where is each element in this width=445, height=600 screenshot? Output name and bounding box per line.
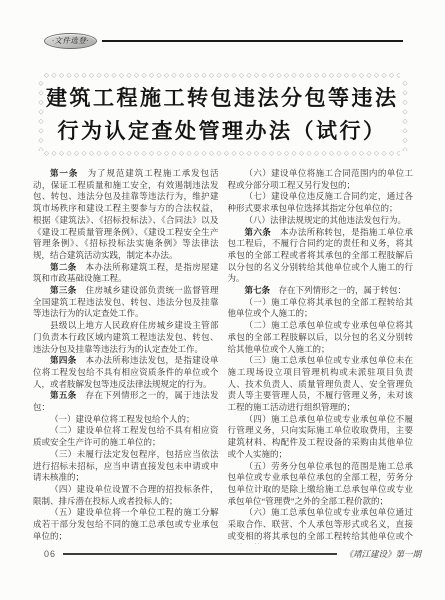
article-number: 第一条 bbox=[50, 168, 88, 178]
paragraph: （八）法律法规规定的其他违法发包行为。 bbox=[228, 215, 414, 227]
paragraph: 第六条 本办法所称转包，是指施工单位承包工程后，不履行合同约定的责任和义务，将其… bbox=[228, 227, 414, 286]
paragraph: （四）施工总承包单位或专业承包单位不履行管理义务，只向实际施工单位收取费用，主要… bbox=[228, 414, 414, 461]
article-number: 第四条 bbox=[50, 355, 86, 365]
page-footer: 06 《靖江建设》第一期 bbox=[44, 548, 421, 560]
article-number: 第三条 bbox=[50, 285, 86, 295]
right-column: （六）建设单位将施工合同范围内的单位工程或分部分项工程又另行发包的；（七）建设单… bbox=[228, 168, 414, 544]
header-rule bbox=[102, 40, 403, 42]
article-number: 第六条 bbox=[245, 227, 281, 237]
paragraph: （五）劳务分包单位承包的范围是施工总承包单位或专业承包单位承包的全部工程，劳务分… bbox=[228, 461, 414, 508]
page-header: ·文件选登· bbox=[44, 33, 403, 49]
paragraph: （一）建设单位将工程发包给个人的； bbox=[33, 414, 219, 426]
paragraph: 第四条 本办法所称违法发包，是指建设单位将工程发包给不具有相应资质条件的单位或个… bbox=[33, 355, 219, 390]
ornament-border-right: ◇◇◇◇◇◇◇◇◇◇◇◇ bbox=[400, 79, 408, 151]
paragraph: 第一条 为了规范建筑工程施工承发包活动，保证工程质量和施工安全，有效遏制违法发包… bbox=[33, 168, 219, 262]
paragraph: （六）施工总承包单位或专业承包单位通过采取合作、联营、个人承包等形式或名义，直接… bbox=[228, 507, 414, 544]
paragraph: （四）建设单位设置不合理的招投标条件，限制、排斥潜在投标人或者投标人的； bbox=[33, 484, 219, 507]
paragraph: （一）施工单位将其承包的全部工程转给其他单位或个人施工的； bbox=[228, 297, 414, 320]
article-body: 第一条 为了规范建筑工程施工承发包活动，保证工程质量和施工安全，有效遏制违法发包… bbox=[33, 168, 413, 544]
paragraph: （七）建设单位违反施工合同约定，通过各种形式要求承包单位选择其指定分包单位的； bbox=[228, 191, 414, 214]
document-title-line1: 建筑工程施工转包违法分包等违法 bbox=[46, 82, 398, 115]
ornament-border-top: ◇◇◇◇◇◇◇◇◇◇◇◇◇◇◇◇◇◇◇◇◇◇◇◇◇◇◇◇◇◇◇◇◇◇◇◇◇◇◇◇… bbox=[44, 72, 400, 80]
paragraph: （五）建设单位将一个单位工程的施工分解成若干部分发包给不同的施工总承包或专业承包… bbox=[33, 507, 219, 542]
paragraph: 县级以上地方人民政府住房城乡建设主管部门负责本行政区域内建筑工程违法发包、转包、… bbox=[33, 320, 219, 355]
article-number: 第五条 bbox=[50, 390, 86, 400]
document-title: 建筑工程施工转包违法分包等违法 行为认定查处管理办法（试行） bbox=[46, 81, 398, 149]
footer-rule bbox=[63, 553, 337, 555]
ornament-border-bottom: ◇◇◇◇◇◇◇◇◇◇◇◇◇◇◇◇◇◇◇◇◇◇◇◇◇◇◇◇◇◇◇◇◇◇◇◇◇◇◇◇… bbox=[44, 150, 400, 158]
ornament-border-left: ◇◇◇◇◇◇◇◇◇◇◇◇ bbox=[36, 79, 44, 151]
section-badge: ·文件选登· bbox=[44, 33, 97, 49]
magazine-page: ·文件选登· ◇◇◇◇◇◇◇◇◇◇◇◇◇◇◇◇◇◇◇◇◇◇◇◇◇◇◇◇◇◇◇◇◇… bbox=[0, 0, 445, 600]
article-number: 第七条 bbox=[245, 285, 279, 295]
paragraph: （三）未履行法定发包程序，包括应当依法进行招标未招标，应当申请直接发包未申请或申… bbox=[33, 449, 219, 484]
paragraph: 第七条 存在下列情形之一的，属于转包： bbox=[228, 285, 414, 297]
journal-name: 《靖江建设》第一期 bbox=[344, 548, 421, 560]
document-title-line2: 行为认定查处管理办法（试行） bbox=[46, 115, 398, 148]
paragraph: （六）建设单位将施工合同范围内的单位工程或分部分项工程又另行发包的； bbox=[228, 168, 414, 191]
paragraph: （二）施工总承包单位或专业承包单位将其承包的全部工程肢解以后，以分包的名义分别转… bbox=[228, 320, 414, 355]
article-number: 第二条 bbox=[50, 262, 86, 272]
left-column: 第一条 为了规范建筑工程施工承发包活动，保证工程质量和施工安全，有效遏制违法发包… bbox=[33, 168, 219, 544]
paragraph: 第五条 存在下列情形之一的，属于违法发包： bbox=[33, 390, 219, 413]
paragraph: （二）建设单位将工程发包给不具有相应资质或安全生产许可的施工单位的； bbox=[33, 425, 219, 448]
paragraph: （三）施工总承包单位或专业承包单位未在施工现场设立项目管理机构或未派驻项目负责人… bbox=[228, 355, 414, 414]
paragraph: 第三条 住房城乡建设部负责统一监督管理全国建筑工程违法发包、转包、违法分包及挂靠… bbox=[33, 285, 219, 320]
paragraph: 第二条 本办法所称建筑工程，是指房屋建筑和市政基础设施工程。 bbox=[33, 262, 219, 285]
page-number: 06 bbox=[44, 549, 56, 559]
title-box: ◇◇◇◇◇◇◇◇◇◇◇◇◇◇◇◇◇◇◇◇◇◇◇◇◇◇◇◇◇◇◇◇◇◇◇◇◇◇◇◇… bbox=[36, 72, 408, 158]
